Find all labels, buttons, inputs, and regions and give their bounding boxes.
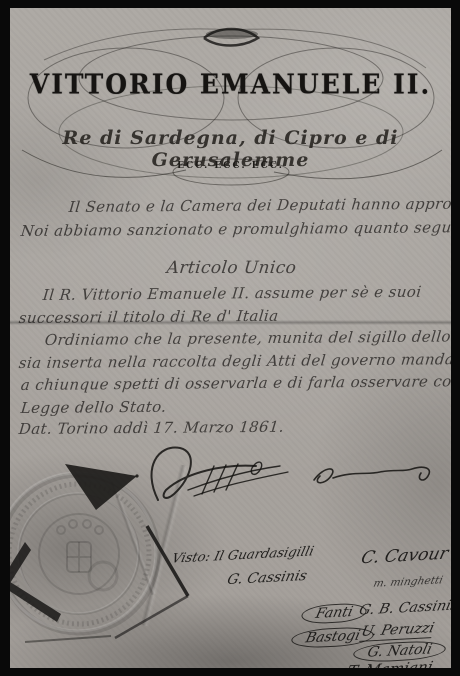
article-line: Legge dello Stato. — [20, 398, 167, 417]
preamble-line-2: Noi abbiamo sanzionato e promulghiamo qu… — [20, 218, 451, 240]
article-line: a chiunque spetti di osservarla e di far… — [20, 372, 451, 394]
signature-minghetti: m. minghetti — [372, 574, 444, 590]
preamble-line-1: Il Senato e la Camera dei Deputati hanno… — [68, 194, 451, 216]
paper-crease — [10, 320, 451, 325]
signature-peruzzi: U. Peruzzi — [360, 620, 436, 640]
paper: VITTORIO EMANUELE II. Re di Sardegna, di… — [10, 8, 451, 668]
signature-guardasigilli: G. Cassinis — [226, 568, 309, 588]
signature-cavour: C. Cavour — [359, 544, 450, 568]
signature-cassinis: G. B. Cassinis — [357, 597, 451, 618]
article-heading: Articolo Unico — [10, 258, 451, 278]
document-title: VITTORIO EMANUELE II. — [10, 69, 451, 100]
article-line: Ordiniamo che la presente, munita del si… — [44, 327, 451, 349]
calligraphic-flourishes — [14, 20, 448, 198]
etcetera-line: ECC. ECC. ECC. — [10, 161, 451, 171]
article-line: Il R. Vittorio Emanuele II. assume per s… — [42, 283, 422, 304]
dateline: Dat. Torino addì 17. Marzo 1861. — [18, 418, 285, 438]
article-line: sia inserta nella raccolta degli Atti de… — [18, 350, 451, 372]
document-photo: VITTORIO EMANUELE II. Re di Sardegna, di… — [0, 0, 460, 676]
